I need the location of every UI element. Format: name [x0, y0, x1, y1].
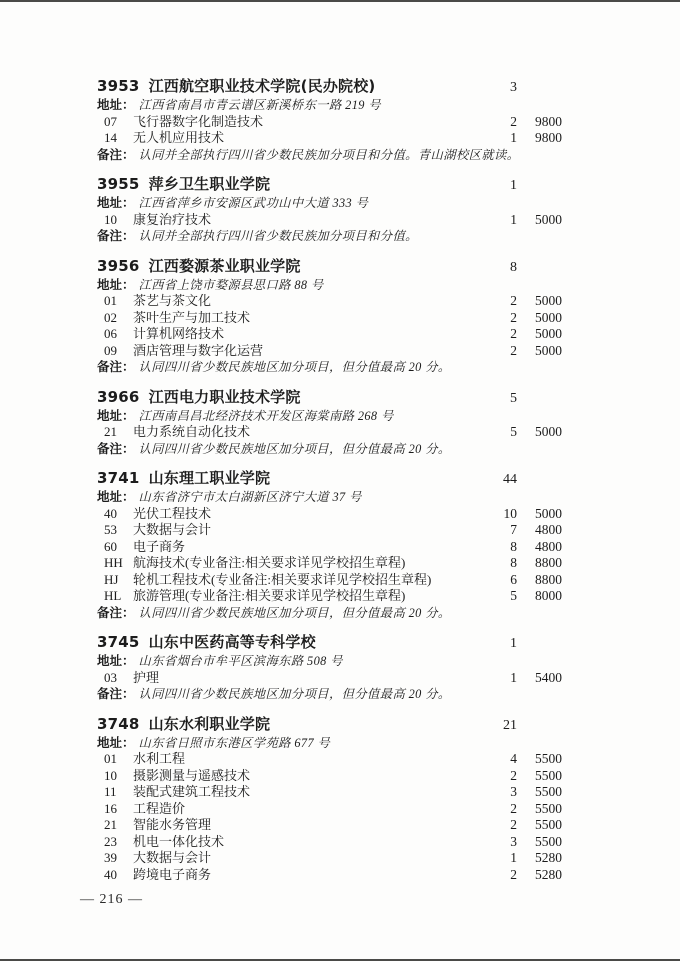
major-count: 2 — [475, 768, 517, 785]
major-list: 01水利工程 4 5500 10摄影测量与遥感技术 2 5500 11装配式建筑… — [97, 751, 562, 883]
major-row: 16工程造价 2 5500 — [97, 801, 562, 818]
note-label: 备注： — [97, 441, 135, 456]
major-fee: 5280 — [517, 867, 562, 884]
major-name: 轮机工程技术(专业备注:相关要求详见学校招生章程) — [133, 572, 431, 587]
major-row: 03护理 1 5400 — [97, 670, 562, 687]
address-row: 地址：山东省济宁市太白湖新区济宁大道 37 号 — [97, 489, 562, 506]
address-label: 地址： — [97, 489, 135, 504]
major-count: 2 — [475, 293, 517, 310]
note-label: 备注： — [97, 686, 135, 701]
college-name: 江西电力职业技术学院 — [149, 388, 301, 406]
major-name: 无人机应用技术 — [133, 130, 224, 145]
college-section: 3953江西航空职业技术学院(民办院校) 3 地址：江西省南昌市青云谱区新溪桥东… — [97, 77, 562, 163]
address-row: 地址：山东省日照市东港区学苑路 677 号 — [97, 735, 562, 752]
major-fee: 5500 — [517, 817, 562, 834]
note-label: 备注： — [97, 228, 135, 243]
address-label: 地址： — [97, 653, 135, 668]
note-label: 备注： — [97, 359, 135, 374]
note: 备注：认同四川省少数民族地区加分项目，但分值最高 20 分。 — [97, 686, 562, 703]
address-text: 山东省日照市东港区学苑路 677 号 — [139, 736, 331, 750]
major-fee: 5000 — [517, 424, 562, 441]
major-count: 3 — [475, 834, 517, 851]
major-name: 酒店管理与数字化运营 — [133, 343, 263, 358]
address: 地址：山东省日照市东港区学苑路 677 号 — [97, 735, 562, 752]
major: 53大数据与会计 — [97, 522, 475, 539]
college-code: 3956 — [97, 257, 140, 275]
major-fee: 5500 — [517, 801, 562, 818]
note-label: 备注： — [97, 605, 135, 620]
major-fee: 5500 — [517, 784, 562, 801]
major-code: HH — [104, 555, 124, 572]
note-row: 备注：认同四川省少数民族地区加分项目，但分值最高 20 分。 — [97, 686, 562, 703]
major-fee: 4800 — [517, 522, 562, 539]
major-count: 1 — [475, 850, 517, 867]
major: HH航海技术(专业备注:相关要求详见学校招生章程) — [97, 555, 475, 572]
major-row: 09酒店管理与数字化运营 2 5000 — [97, 343, 562, 360]
major-row: 06计算机网络技术 2 5000 — [97, 326, 562, 343]
major-list: 07飞行器数字化制造技术 2 9800 14无人机应用技术 1 9800 — [97, 114, 562, 147]
college-code: 3955 — [97, 175, 140, 193]
college-header-row: 3966江西电力职业技术学院 5 — [97, 388, 562, 408]
note-row: 备注：认同并全部执行四川省少数民族加分项目和分值。青山湖校区就读。 — [97, 147, 562, 164]
major-name: 茶艺与茶文化 — [133, 293, 211, 308]
major-count: 2 — [475, 343, 517, 360]
major-fee: 5000 — [517, 506, 562, 523]
major: 23机电一体化技术 — [97, 834, 475, 851]
major-list: 03护理 1 5400 — [97, 670, 562, 687]
major-count: 8 — [475, 539, 517, 556]
major: 16工程造价 — [97, 801, 475, 818]
college-plan-count: 3 — [475, 78, 517, 97]
major-fee: 9800 — [517, 114, 562, 131]
major-row: 10康复治疗技术 1 5000 — [97, 212, 562, 229]
major-list: 10康复治疗技术 1 5000 — [97, 212, 562, 229]
college-title: 3741山东理工职业学院 — [97, 469, 475, 488]
address-label: 地址： — [97, 195, 135, 210]
major-name: 大数据与会计 — [133, 850, 211, 865]
major: 39大数据与会计 — [97, 850, 475, 867]
note: 备注：认同四川省少数民族地区加分项目，但分值最高 20 分。 — [97, 359, 562, 376]
address-row: 地址：山东省烟台市牟平区滨海东路 508 号 — [97, 653, 562, 670]
major-name: 大数据与会计 — [133, 522, 211, 537]
major: 11装配式建筑工程技术 — [97, 784, 475, 801]
college-section: 3741山东理工职业学院 44 地址：山东省济宁市太白湖新区济宁大道 37 号 … — [97, 469, 562, 621]
major-name: 旅游管理(专业备注:相关要求详见学校招生章程) — [133, 588, 405, 603]
major: 01水利工程 — [97, 751, 475, 768]
major: 01茶艺与茶文化 — [97, 293, 475, 310]
major-name: 康复治疗技术 — [133, 212, 211, 227]
college-code: 3748 — [97, 715, 140, 733]
note-text: 认同四川省少数民族地区加分项目，但分值最高 20 分。 — [139, 687, 451, 701]
note-row: 备注：认同四川省少数民族地区加分项目，但分值最高 20 分。 — [97, 359, 562, 376]
major-code: 10 — [104, 212, 124, 229]
scan-border-top — [0, 0, 680, 2]
note-text: 认同并全部执行四川省少数民族加分项目和分值。青山湖校区就读。 — [139, 148, 520, 162]
major-count: 7 — [475, 522, 517, 539]
note: 备注：认同并全部执行四川省少数民族加分项目和分值。青山湖校区就读。 — [97, 147, 562, 164]
major-count: 4 — [475, 751, 517, 768]
major-list: 01茶艺与茶文化 2 5000 02茶叶生产与加工技术 2 5000 06计算机… — [97, 293, 562, 359]
document-page: 3953江西航空职业技术学院(民办院校) 3 地址：江西省南昌市青云谱区新溪桥东… — [0, 0, 680, 961]
major: 40跨境电子商务 — [97, 867, 475, 884]
major-row: 01茶艺与茶文化 2 5000 — [97, 293, 562, 310]
major-name: 电力系统自动化技术 — [133, 424, 250, 439]
college-header-row: 3956江西婺源茶业职业学院 8 — [97, 257, 562, 277]
college-plan-count: 8 — [475, 258, 517, 277]
major-fee: 5400 — [517, 670, 562, 687]
major-count: 2 — [475, 801, 517, 818]
address-row: 地址：江西南昌昌北经济技术开发区海棠南路 268 号 — [97, 408, 562, 425]
major-code: 40 — [104, 506, 124, 523]
major-name: 水利工程 — [133, 751, 185, 766]
major-name: 航海技术(专业备注:相关要求详见学校招生章程) — [133, 555, 405, 570]
major-row: 02茶叶生产与加工技术 2 5000 — [97, 310, 562, 327]
address: 地址：山东省济宁市太白湖新区济宁大道 37 号 — [97, 489, 562, 506]
note-row: 备注：认同四川省少数民族地区加分项目，但分值最高 20 分。 — [97, 441, 562, 458]
major-code: 60 — [104, 539, 124, 556]
college-code: 3745 — [97, 633, 140, 651]
major-fee: 9800 — [517, 130, 562, 147]
major-row: 21智能水务管理 2 5500 — [97, 817, 562, 834]
note: 备注：认同四川省少数民族地区加分项目，但分值最高 20 分。 — [97, 605, 562, 622]
college-header-row: 3953江西航空职业技术学院(民办院校) 3 — [97, 77, 562, 97]
major: 02茶叶生产与加工技术 — [97, 310, 475, 327]
major-code: 11 — [104, 784, 124, 801]
major-code: 40 — [104, 867, 124, 884]
address-text: 江西省萍乡市安源区武功山中大道 333 号 — [139, 196, 369, 210]
major-row: 21电力系统自动化技术 5 5000 — [97, 424, 562, 441]
college-name: 江西婺源茶业职业学院 — [149, 257, 301, 275]
major-count: 2 — [475, 114, 517, 131]
major-fee: 5000 — [517, 343, 562, 360]
major-row: HL旅游管理(专业备注:相关要求详见学校招生章程) 5 8000 — [97, 588, 562, 605]
major-row: HH航海技术(专业备注:相关要求详见学校招生章程) 8 8800 — [97, 555, 562, 572]
major-code: 01 — [104, 751, 124, 768]
address: 地址：江西省上饶市婺源县思口路 88 号 — [97, 277, 562, 294]
major-code: 06 — [104, 326, 124, 343]
college-section: 3966江西电力职业技术学院 5 地址：江西南昌昌北经济技术开发区海棠南路 26… — [97, 388, 562, 458]
major-fee: 5500 — [517, 751, 562, 768]
college-title: 3956江西婺源茶业职业学院 — [97, 257, 475, 276]
major-code: 14 — [104, 130, 124, 147]
college-code: 3741 — [97, 469, 140, 487]
major-name: 智能水务管理 — [133, 817, 211, 832]
college-name: 山东中医药高等专科学校 — [149, 633, 316, 651]
address-text: 山东省烟台市牟平区滨海东路 508 号 — [139, 654, 343, 668]
note: 备注：认同并全部执行四川省少数民族加分项目和分值。 — [97, 228, 562, 245]
college-code: 3953 — [97, 77, 140, 95]
major-name: 电子商务 — [133, 539, 185, 554]
major-name: 飞行器数字化制造技术 — [133, 114, 263, 129]
major-row: 60电子商务 8 4800 — [97, 539, 562, 556]
college-plan-count: 1 — [475, 634, 517, 653]
major-name: 计算机网络技术 — [133, 326, 224, 341]
major-name: 工程造价 — [133, 801, 185, 816]
major-count: 8 — [475, 555, 517, 572]
address: 地址：山东省烟台市牟平区滨海东路 508 号 — [97, 653, 562, 670]
college-header-row: 3748山东水利职业学院 21 — [97, 715, 562, 735]
major-code: 21 — [104, 424, 124, 441]
major-row: 39大数据与会计 1 5280 — [97, 850, 562, 867]
college-header-row: 3955萍乡卫生职业学院 1 — [97, 175, 562, 195]
major-row: 14无人机应用技术 1 9800 — [97, 130, 562, 147]
address-text: 江西省南昌市青云谱区新溪桥东一路 219 号 — [139, 98, 381, 112]
address-text: 江西省上饶市婺源县思口路 88 号 — [139, 278, 324, 292]
major-fee: 5280 — [517, 850, 562, 867]
note-text: 认同四川省少数民族地区加分项目，但分值最高 20 分。 — [139, 606, 451, 620]
major-list: 21电力系统自动化技术 5 5000 — [97, 424, 562, 441]
note-text: 认同四川省少数民族地区加分项目，但分值最高 20 分。 — [139, 360, 451, 374]
college-list: 3953江西航空职业技术学院(民办院校) 3 地址：江西省南昌市青云谱区新溪桥东… — [97, 77, 562, 895]
address: 地址：江西省南昌市青云谱区新溪桥东一路 219 号 — [97, 97, 562, 114]
college-name: 山东理工职业学院 — [149, 469, 271, 487]
major: 03护理 — [97, 670, 475, 687]
major: 10摄影测量与遥感技术 — [97, 768, 475, 785]
major-code: 39 — [104, 850, 124, 867]
college-name: 山东水利职业学院 — [149, 715, 271, 733]
college-section: 3955萍乡卫生职业学院 1 地址：江西省萍乡市安源区武功山中大道 333 号 … — [97, 175, 562, 245]
address-row: 地址：江西省萍乡市安源区武功山中大道 333 号 — [97, 195, 562, 212]
college-section: 3745山东中医药高等专科学校 1 地址：山东省烟台市牟平区滨海东路 508 号… — [97, 633, 562, 703]
address-row: 地址：江西省南昌市青云谱区新溪桥东一路 219 号 — [97, 97, 562, 114]
major-row: 10摄影测量与遥感技术 2 5500 — [97, 768, 562, 785]
major-name: 机电一体化技术 — [133, 834, 224, 849]
major-code: 03 — [104, 670, 124, 687]
major-code: 01 — [104, 293, 124, 310]
major: 21智能水务管理 — [97, 817, 475, 834]
major-list: 40光伏工程技术 10 5000 53大数据与会计 7 4800 60电子商务 … — [97, 506, 562, 605]
address-label: 地址： — [97, 735, 135, 750]
college-title: 3953江西航空职业技术学院(民办院校) — [97, 77, 475, 96]
college-code: 3966 — [97, 388, 140, 406]
major-code: 16 — [104, 801, 124, 818]
major-fee: 5000 — [517, 212, 562, 229]
college-section: 3748山东水利职业学院 21 地址：山东省日照市东港区学苑路 677 号 01… — [97, 715, 562, 884]
major-count: 10 — [475, 506, 517, 523]
college-header-row: 3745山东中医药高等专科学校 1 — [97, 633, 562, 653]
major-code: 07 — [104, 114, 124, 131]
note-row: 备注：认同并全部执行四川省少数民族加分项目和分值。 — [97, 228, 562, 245]
major-code: 53 — [104, 522, 124, 539]
college-plan-count: 5 — [475, 389, 517, 408]
major-code: 21 — [104, 817, 124, 834]
major: HJ轮机工程技术(专业备注:相关要求详见学校招生章程) — [97, 572, 475, 589]
address-label: 地址： — [97, 408, 135, 423]
college-plan-count: 44 — [475, 470, 517, 489]
college-name: 江西航空职业技术学院(民办院校) — [149, 77, 376, 95]
major-name: 茶叶生产与加工技术 — [133, 310, 250, 325]
major-fee: 8800 — [517, 555, 562, 572]
major-count: 3 — [475, 784, 517, 801]
major-fee: 8800 — [517, 572, 562, 589]
major-row: 01水利工程 4 5500 — [97, 751, 562, 768]
major-count: 2 — [475, 326, 517, 343]
note: 备注：认同四川省少数民族地区加分项目，但分值最高 20 分。 — [97, 441, 562, 458]
major-name: 护理 — [133, 670, 159, 685]
major-fee: 5000 — [517, 326, 562, 343]
major-fee: 5500 — [517, 768, 562, 785]
major-name: 跨境电子商务 — [133, 867, 211, 882]
major-row: 23机电一体化技术 3 5500 — [97, 834, 562, 851]
major-name: 摄影测量与遥感技术 — [133, 768, 250, 783]
major-count: 1 — [475, 212, 517, 229]
major-row: 11装配式建筑工程技术 3 5500 — [97, 784, 562, 801]
address: 地址：江西南昌昌北经济技术开发区海棠南路 268 号 — [97, 408, 562, 425]
college-plan-count: 21 — [475, 716, 517, 735]
major-count: 5 — [475, 588, 517, 605]
address: 地址：江西省萍乡市安源区武功山中大道 333 号 — [97, 195, 562, 212]
major-fee: 5500 — [517, 834, 562, 851]
address-row: 地址：江西省上饶市婺源县思口路 88 号 — [97, 277, 562, 294]
major: 40光伏工程技术 — [97, 506, 475, 523]
address-label: 地址： — [97, 277, 135, 292]
major-fee: 4800 — [517, 539, 562, 556]
address-text: 山东省济宁市太白湖新区济宁大道 37 号 — [139, 490, 362, 504]
note-row: 备注：认同四川省少数民族地区加分项目，但分值最高 20 分。 — [97, 605, 562, 622]
major-code: 10 — [104, 768, 124, 785]
major-code: 09 — [104, 343, 124, 360]
address-text: 江西南昌昌北经济技术开发区海棠南路 268 号 — [139, 409, 394, 423]
major: 10康复治疗技术 — [97, 212, 475, 229]
major-count: 2 — [475, 310, 517, 327]
major-count: 5 — [475, 424, 517, 441]
major: 09酒店管理与数字化运营 — [97, 343, 475, 360]
major: 60电子商务 — [97, 539, 475, 556]
major-name: 光伏工程技术 — [133, 506, 211, 521]
major-row: 07飞行器数字化制造技术 2 9800 — [97, 114, 562, 131]
major-count: 2 — [475, 817, 517, 834]
major-fee: 8000 — [517, 588, 562, 605]
major-row: 40跨境电子商务 2 5280 — [97, 867, 562, 884]
major-code: HJ — [104, 572, 124, 589]
major: 06计算机网络技术 — [97, 326, 475, 343]
college-title: 3745山东中医药高等专科学校 — [97, 633, 475, 652]
college-title: 3955萍乡卫生职业学院 — [97, 175, 475, 194]
major: 07飞行器数字化制造技术 — [97, 114, 475, 131]
college-plan-count: 1 — [475, 176, 517, 195]
college-header-row: 3741山东理工职业学院 44 — [97, 469, 562, 489]
major-count: 1 — [475, 130, 517, 147]
college-title: 3966江西电力职业技术学院 — [97, 388, 475, 407]
major: 21电力系统自动化技术 — [97, 424, 475, 441]
major-name: 装配式建筑工程技术 — [133, 784, 250, 799]
major: HL旅游管理(专业备注:相关要求详见学校招生章程) — [97, 588, 475, 605]
major: 14无人机应用技术 — [97, 130, 475, 147]
address-label: 地址： — [97, 97, 135, 112]
major-fee: 5000 — [517, 293, 562, 310]
college-name: 萍乡卫生职业学院 — [149, 175, 271, 193]
major-code: 02 — [104, 310, 124, 327]
major-count: 1 — [475, 670, 517, 687]
note-label: 备注： — [97, 147, 135, 162]
major-count: 6 — [475, 572, 517, 589]
major-row: 53大数据与会计 7 4800 — [97, 522, 562, 539]
note-text: 认同并全部执行四川省少数民族加分项目和分值。 — [139, 229, 418, 243]
major-row: HJ轮机工程技术(专业备注:相关要求详见学校招生章程) 6 8800 — [97, 572, 562, 589]
major-row: 40光伏工程技术 10 5000 — [97, 506, 562, 523]
page-number: — 216 — — [80, 892, 143, 908]
major-fee: 5000 — [517, 310, 562, 327]
major-count: 2 — [475, 867, 517, 884]
note-text: 认同四川省少数民族地区加分项目，但分值最高 20 分。 — [139, 442, 451, 456]
college-section: 3956江西婺源茶业职业学院 8 地址：江西省上饶市婺源县思口路 88 号 01… — [97, 257, 562, 376]
college-title: 3748山东水利职业学院 — [97, 715, 475, 734]
major-code: HL — [104, 588, 124, 605]
major-code: 23 — [104, 834, 124, 851]
page-number-text: — 216 — — [80, 892, 143, 907]
